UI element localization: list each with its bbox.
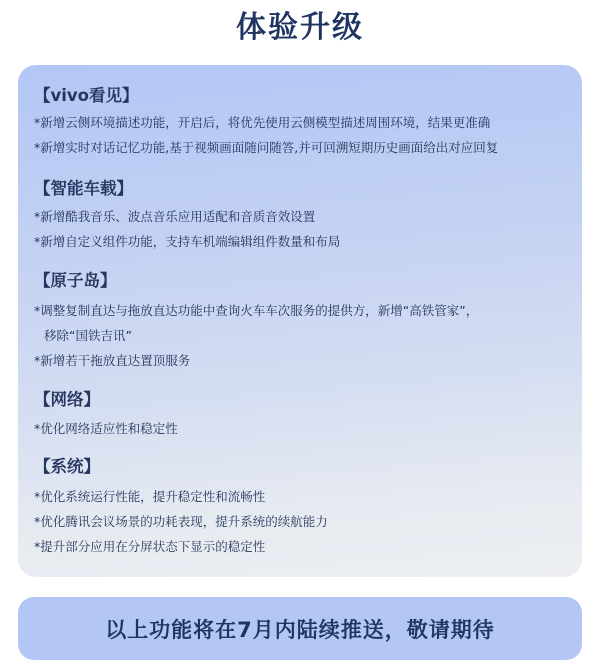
release-notice-banner: 以上功能将在7月内陆续推送，敬请期待: [18, 597, 582, 660]
list-item: *优化系统运行性能，提升稳定性和流畅性: [34, 488, 265, 505]
section-system: 【系统】 *优化系统运行性能，提升稳定性和流畅性 *优化腾讯会议场景的功耗表现，…: [34, 456, 566, 478]
list-item: *新增实时对话记忆功能,基于视频画面随问随答,并可回溯短期历史画面给出对应回复: [34, 139, 498, 156]
list-item: *优化网络适应性和稳定性: [34, 420, 178, 437]
section-network: 【网络】 *优化网络适应性和稳定性: [34, 389, 566, 411]
list-item-continuation: 移除“国铁吉讯”: [34, 327, 132, 344]
section-title: 【系统】: [34, 456, 566, 478]
list-item: *新增云侧环境描述功能，开启后，将优先使用云侧模型描述周围环境，结果更准确: [34, 114, 490, 131]
section-vivo-vision: 【vivo看见】 *新增云侧环境描述功能，开启后，将优先使用云侧模型描述周围环境…: [34, 85, 566, 107]
list-item: *新增若干拖放直达置顶服务: [34, 352, 190, 369]
section-title: 【网络】: [34, 389, 566, 411]
changelog-card: 【vivo看见】 *新增云侧环境描述功能，开启后，将优先使用云侧模型描述周围环境…: [18, 65, 582, 577]
list-item: *优化腾讯会议场景的功耗表现，提升系统的续航能力: [34, 513, 328, 530]
list-item: *提升部分应用在分屏状态下显示的稳定性: [34, 538, 265, 555]
section-title: 【vivo看见】: [34, 85, 566, 107]
section-title: 【智能车载】: [34, 178, 566, 200]
list-item: *新增自定义组件功能，支持车机端编辑组件数量和布局: [34, 233, 340, 250]
banner-text: 以上功能将在7月内陆续推送，敬请期待: [105, 614, 495, 644]
section-atomic-island: 【原子岛】 *调整复制直达与拖放直达功能中查询火车车次服务的提供方，新增“高铁管…: [34, 270, 566, 292]
list-item: *新增酷我音乐、波点音乐应用适配和音质音效设置: [34, 208, 315, 225]
page-title: 体验升级: [0, 8, 600, 48]
section-smart-car: 【智能车载】 *新增酷我音乐、波点音乐应用适配和音质音效设置 *新增自定义组件功…: [34, 178, 566, 200]
list-item: *调整复制直达与拖放直达功能中查询火车车次服务的提供方，新增“高铁管家”，: [34, 302, 478, 319]
section-title: 【原子岛】: [34, 270, 566, 292]
